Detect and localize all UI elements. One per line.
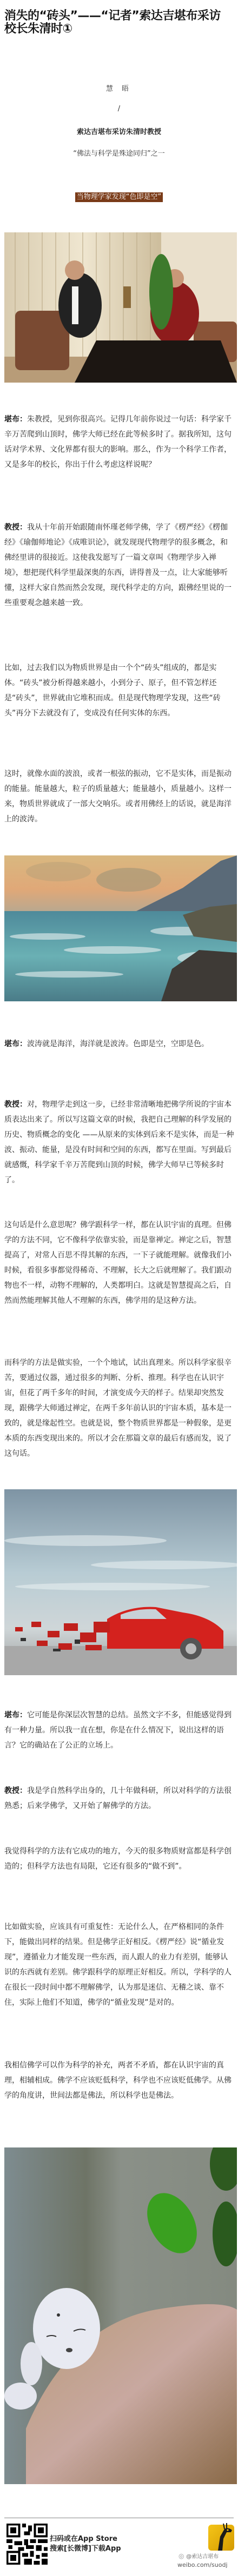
author-name: 慧 晤: [0, 83, 238, 93]
giraffe-logo-icon[interactable]: [208, 2525, 234, 2551]
paragraph: 我相信佛学可以作为科学的补充，两者不矛盾，都在认识宇宙的真理，相辅相成。佛学不应…: [4, 2058, 234, 2103]
speaker-label: 教授：: [4, 1100, 27, 1109]
speaker-label: 教授：: [4, 1787, 27, 1795]
paragraph: 堪布：它可能是你深层次智慧的总结。虽然文字不多，但能感觉得到有一种力量。所以我一…: [4, 1708, 234, 1753]
speaker-label: 教授：: [4, 523, 27, 532]
ocean-painting: [4, 855, 237, 1001]
paragraph: 比如做实验，应该具有可重复性：无论什么人，在严格相同的条件下，能做出同样的结果。…: [4, 1919, 234, 2010]
paragraph: 这时，就像水面的波浪，或者一根弦的振动，它不是实体，而是振动的能量。能量越大，粒…: [4, 766, 234, 827]
paragraph: 堪布：波涛就是海洋，海洋就是波涛。色即是空，空即是色。: [4, 1036, 234, 1052]
speaker-label: 堪布：: [4, 1040, 27, 1048]
paragraph: 比如，过去我们以为物质世界是由一个个“砖头”组成的，都是实体。“砖头”被分析得越…: [4, 660, 234, 721]
paragraph: 而科学的方法是做实验，一个个地试，试出真理来。所以科学家很辛苦，要通过仪器，通过…: [4, 1355, 234, 1461]
weibo-handle[interactable]: ◎ @索达吉堪布: [178, 2552, 219, 2560]
paragraph: 教授：我是学自然科学出身的，几十年做科研，所以对科学的方法很熟悉；后来学佛学，又…: [4, 1783, 234, 1814]
author-separator: /: [0, 105, 238, 113]
dissolving-car: [4, 1489, 237, 1675]
app-line-2: 搜索[长微博]下载App: [50, 2544, 121, 2554]
speaker-label: 堪布：: [4, 415, 27, 424]
weibo-url[interactable]: weibo.com/suodj: [177, 2561, 228, 2568]
footer-divider: [4, 2518, 234, 2518]
app-download-text: 扫码或在App Store 搜索[长微博]下载App: [50, 2534, 121, 2554]
app-line-1: 扫码或在App Store: [50, 2534, 121, 2544]
paragraph: 堪布：朱教授，见到你很高兴。记得几年前你说过一句话：科学家千辛万苦爬到山顶时，佛…: [4, 412, 234, 472]
paragraph: 教授：我从十年前开始跟随南怀瑾老师学佛，学了《楞严经》《楞伽经》《瑜伽师地论》《…: [4, 520, 234, 611]
weibo-icon: ◎: [178, 2552, 186, 2560]
series-label: “佛法与科学是殊途同归”之一: [0, 148, 238, 158]
paragraph: 我觉得科学的方法有它成功的地方，今天的很多物质财富都是科学创造的；但科学方法也有…: [4, 1844, 234, 1874]
interview-photo: [4, 232, 237, 383]
buddha-statue: [4, 2147, 237, 2484]
article-title: 消失的“砖头”——“记者”索达吉堪布采访校长朱清时①: [4, 10, 232, 36]
section-banner-wrap: 当物理学家发现“色即是空”: [0, 191, 238, 202]
article-subtitle: 索达吉堪布采访朱清时教授: [0, 126, 238, 136]
paragraph: 这句话是什么意思呢？佛学跟科学一样，都在认识宇宙的真理。但佛学的方法不同，它不像…: [4, 1217, 234, 1308]
qr-code-icon[interactable]: [6, 2524, 48, 2565]
speaker-label: 堪布：: [4, 1711, 27, 1719]
section-banner: 当物理学家发现“色即是空”: [75, 192, 163, 202]
paragraph: 教授：对，物理学走到这一步，已经非常清晰地把佛学所说的宇宙本质表达出来了。所以写…: [4, 1097, 234, 1188]
